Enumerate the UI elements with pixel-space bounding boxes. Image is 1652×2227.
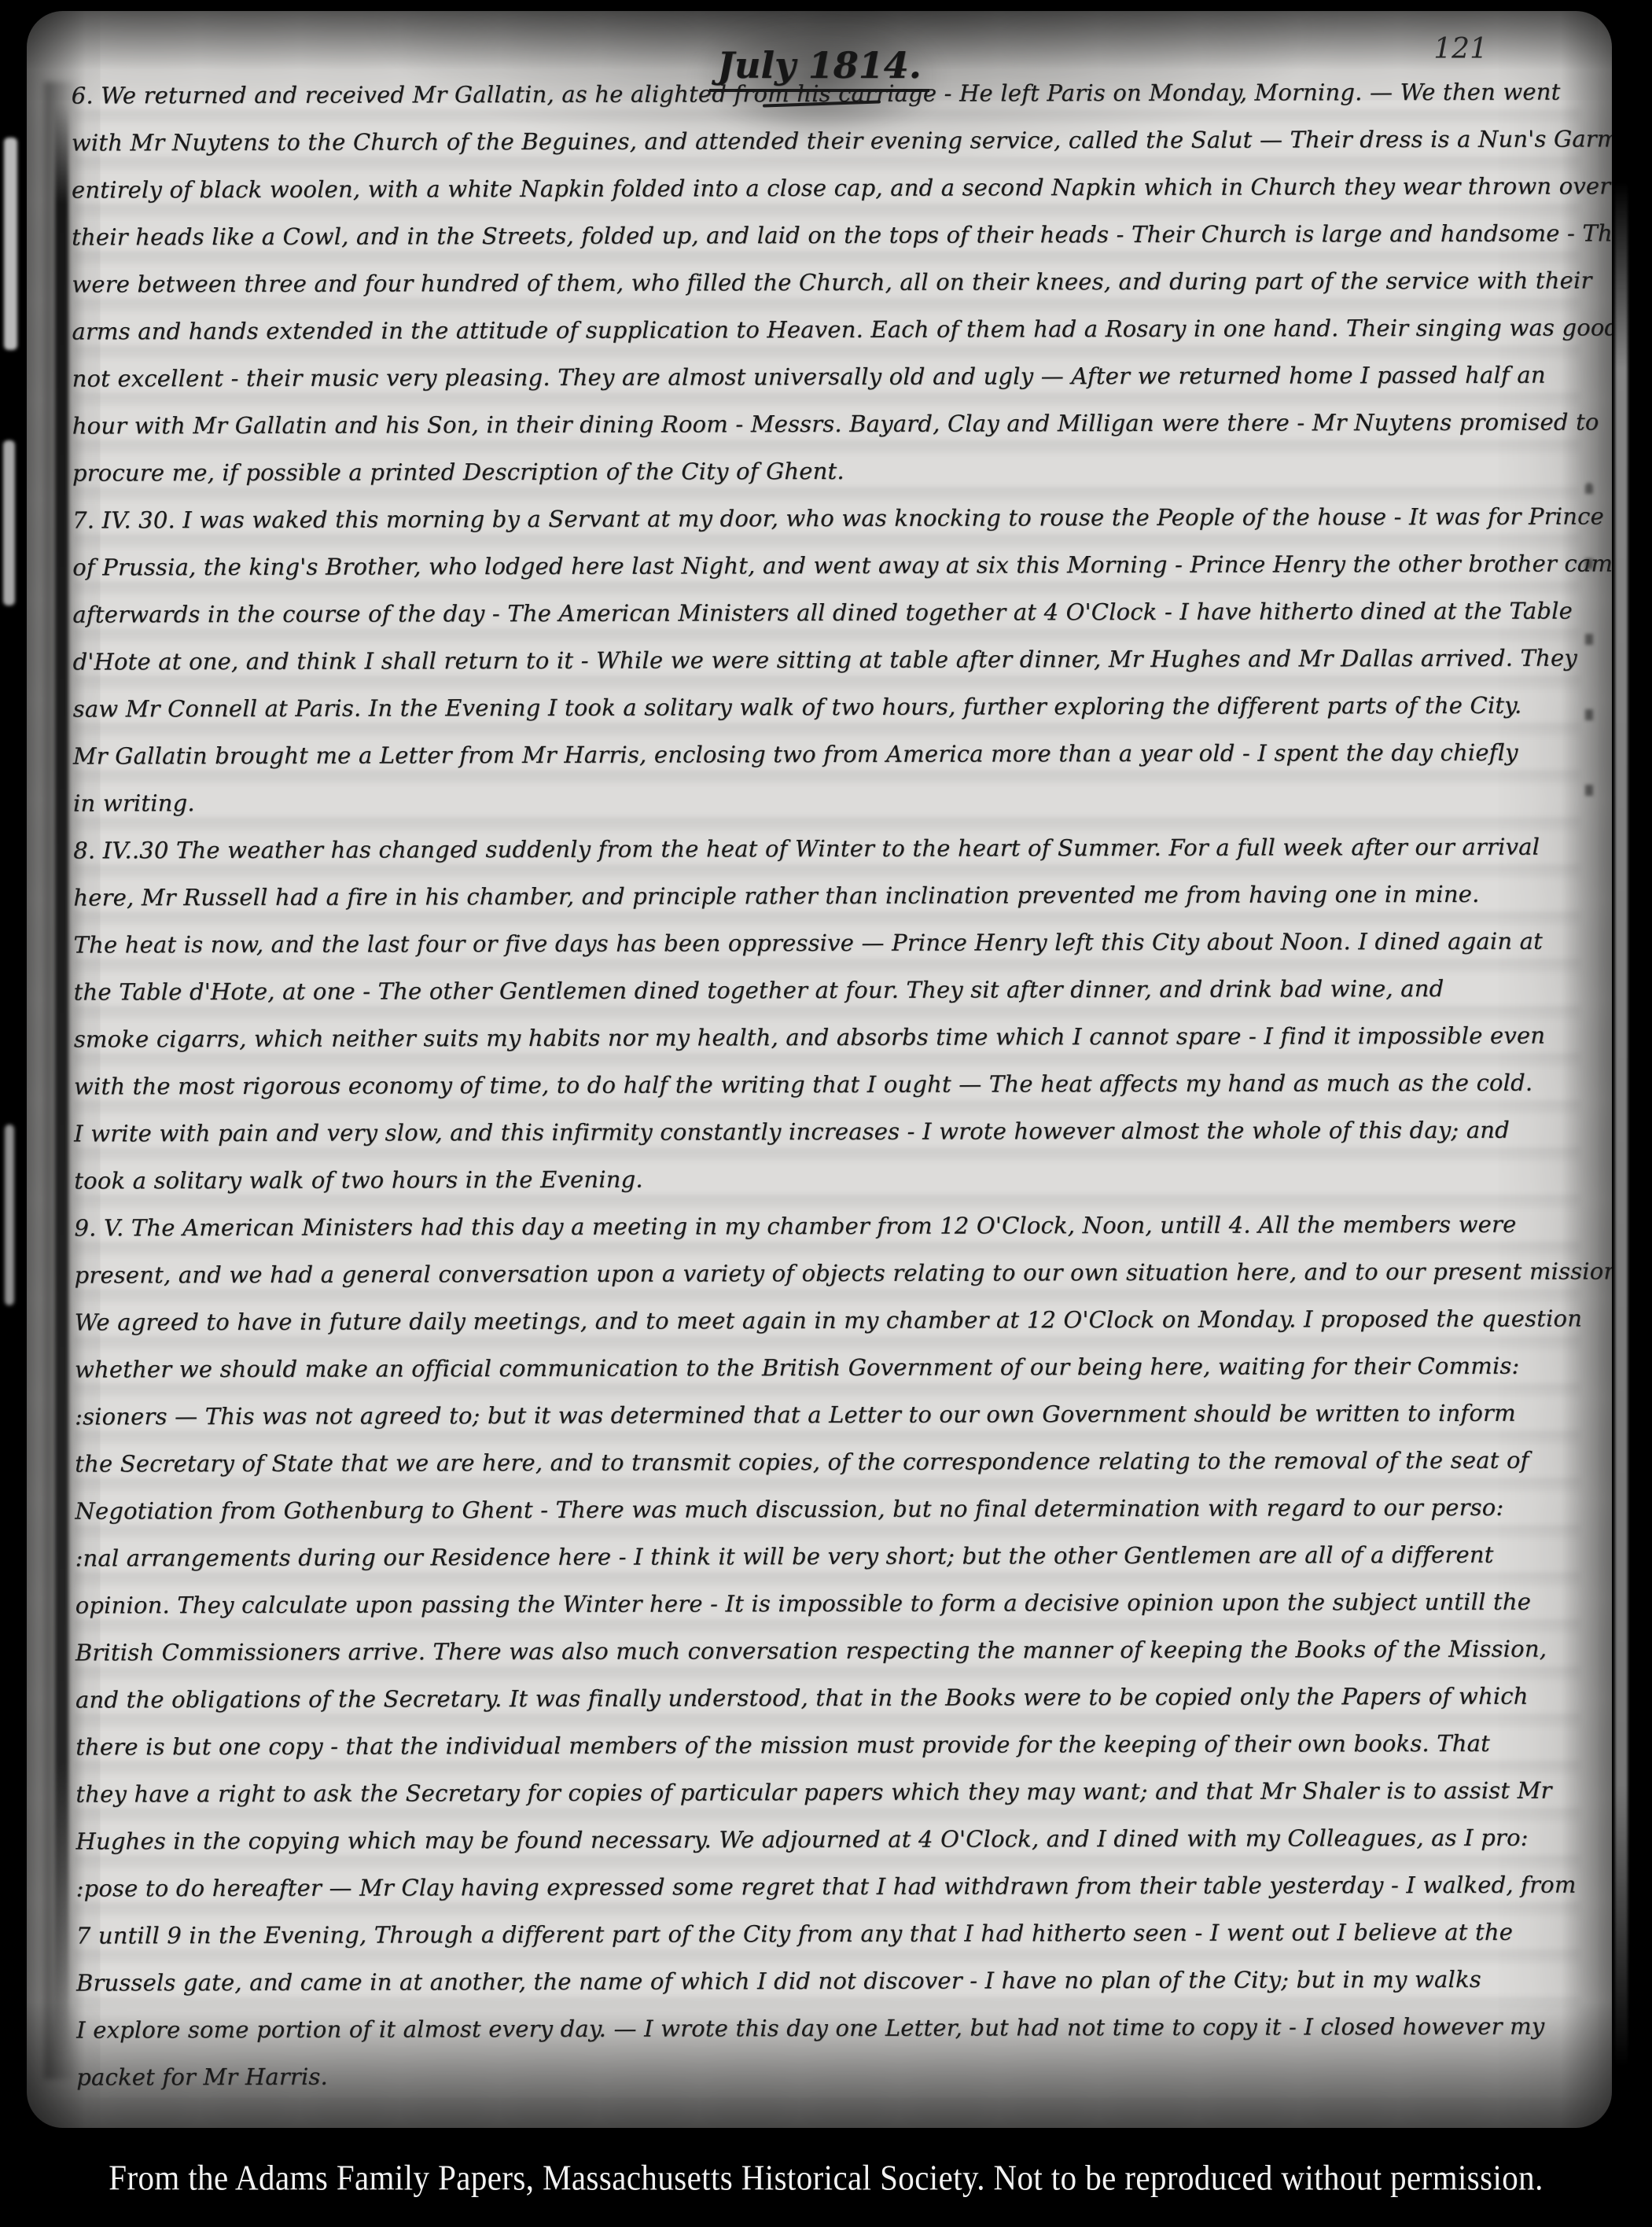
manuscript-line: present, and we had a general conversati… (75, 1257, 1583, 1309)
manuscript-line: d'Hote at one, and think I shall return … (73, 644, 1581, 695)
manuscript-line: with the most rigorous economy of time, … (74, 1069, 1582, 1120)
manuscript-line: the Secretary of State that we are here,… (75, 1446, 1583, 1497)
right-margin-smudges (1585, 483, 1593, 845)
diary-page-scan: July 1814. 121 6. We returned and receiv… (27, 11, 1612, 2128)
manuscript-line: in writing. (73, 786, 1581, 837)
adjacent-page-edge-sliver (5, 1125, 14, 1305)
manuscript-line: saw Mr Connell at Paris. In the Evening … (73, 691, 1581, 742)
manuscript-line: they have a right to ask the Secretary f… (75, 1776, 1584, 1828)
manuscript-line: Brussels gate, and came in at another, t… (76, 1965, 1584, 2016)
manuscript-line: British Commissioners arrive. There was … (75, 1635, 1584, 1686)
manuscript-line: 6. We returned and received Mr Gallatin,… (72, 78, 1580, 129)
manuscript-line: their heads like a Cowl, and in the Stre… (72, 219, 1580, 271)
manuscript-line: whether we should make an official commu… (75, 1352, 1583, 1403)
manuscript-line: of Prussia, the king's Brother, who lodg… (72, 550, 1580, 601)
manuscript-line: were between three and four hundred of t… (72, 267, 1580, 318)
manuscript-line: Negotiation from Gothenburg to Ghent - T… (75, 1493, 1583, 1544)
left-photo-edge (0, 0, 24, 2227)
manuscript-line: 8. IV..30 The weather has changed sudden… (73, 833, 1581, 884)
caption-band: From the Adams Family Papers, Massachuse… (0, 2128, 1652, 2227)
manuscript-line: took a solitary walk of two hours in the… (74, 1163, 1582, 1214)
repository-caption: From the Adams Family Papers, Massachuse… (109, 2156, 1543, 2199)
manuscript-line: We agreed to have in future daily meetin… (75, 1305, 1583, 1356)
manuscript-line: :sioners — This was not agreed to; but i… (75, 1399, 1583, 1450)
manuscript-line: here, Mr Russell had a fire in his chamb… (73, 880, 1581, 931)
manuscript-line: opinion. They calculate upon passing the… (75, 1588, 1584, 1639)
manuscript-line: smoke cigarrs, which neither suits my ha… (74, 1021, 1582, 1073)
binding-gutter-shadow (55, 105, 68, 2056)
manuscript-line: Hughes in the copying which may be found… (75, 1824, 1584, 1875)
manuscript-line: packet for Mr Harris. (76, 2060, 1584, 2111)
manuscript-line: the Table d'Hote, at one - The other Gen… (74, 974, 1582, 1025)
manuscript-line: entirely of black woolen, with a white N… (72, 172, 1580, 223)
manuscript-text-block: 6. We returned and received Mr Gallatin,… (72, 78, 1585, 2111)
manuscript-line: The heat is now, and the last four or fi… (73, 927, 1581, 978)
manuscript-line: I explore some portion of it almost ever… (76, 2012, 1584, 2063)
adjacent-page-edge-sliver (3, 440, 15, 606)
manuscript-line: and the obligations of the Secretary. It… (75, 1682, 1584, 1733)
manuscript-line: I write with pain and very slow, and thi… (74, 1116, 1582, 1167)
manuscript-line: 9. V. The American Ministers had this da… (74, 1210, 1582, 1261)
manuscript-line: hour with Mr Gallatin and his Son, in th… (72, 408, 1580, 459)
manuscript-line: :pose to do hereafter — Mr Clay having e… (76, 1871, 1584, 1922)
manuscript-line: not excellent - their music very pleasin… (72, 361, 1580, 412)
manuscript-line: 7 untill 9 in the Evening, Through a dif… (76, 1918, 1584, 1969)
photostat-frame: July 1814. 121 6. We returned and receiv… (0, 0, 1652, 2227)
manuscript-line: afterwards in the course of the day - Th… (72, 597, 1580, 648)
right-page-edge-sliver (1615, 181, 1628, 2068)
manuscript-line: 7. IV. 30. I was waked this morning by a… (72, 502, 1580, 554)
manuscript-line: Mr Gallatin brought me a Letter from Mr … (73, 738, 1581, 790)
folio-number: 121 (1433, 33, 1488, 65)
manuscript-line: with Mr Nuytens to the Church of the Beg… (72, 125, 1580, 176)
manuscript-line: arms and hands extended in the attitude … (72, 314, 1580, 365)
adjacent-page-edge-sliver (4, 138, 17, 350)
manuscript-line: procure me, if possible a printed Descri… (72, 455, 1580, 506)
manuscript-line: :nal arrangements during our Residence h… (75, 1540, 1583, 1592)
manuscript-line: there is but one copy - that the individ… (75, 1729, 1584, 1780)
